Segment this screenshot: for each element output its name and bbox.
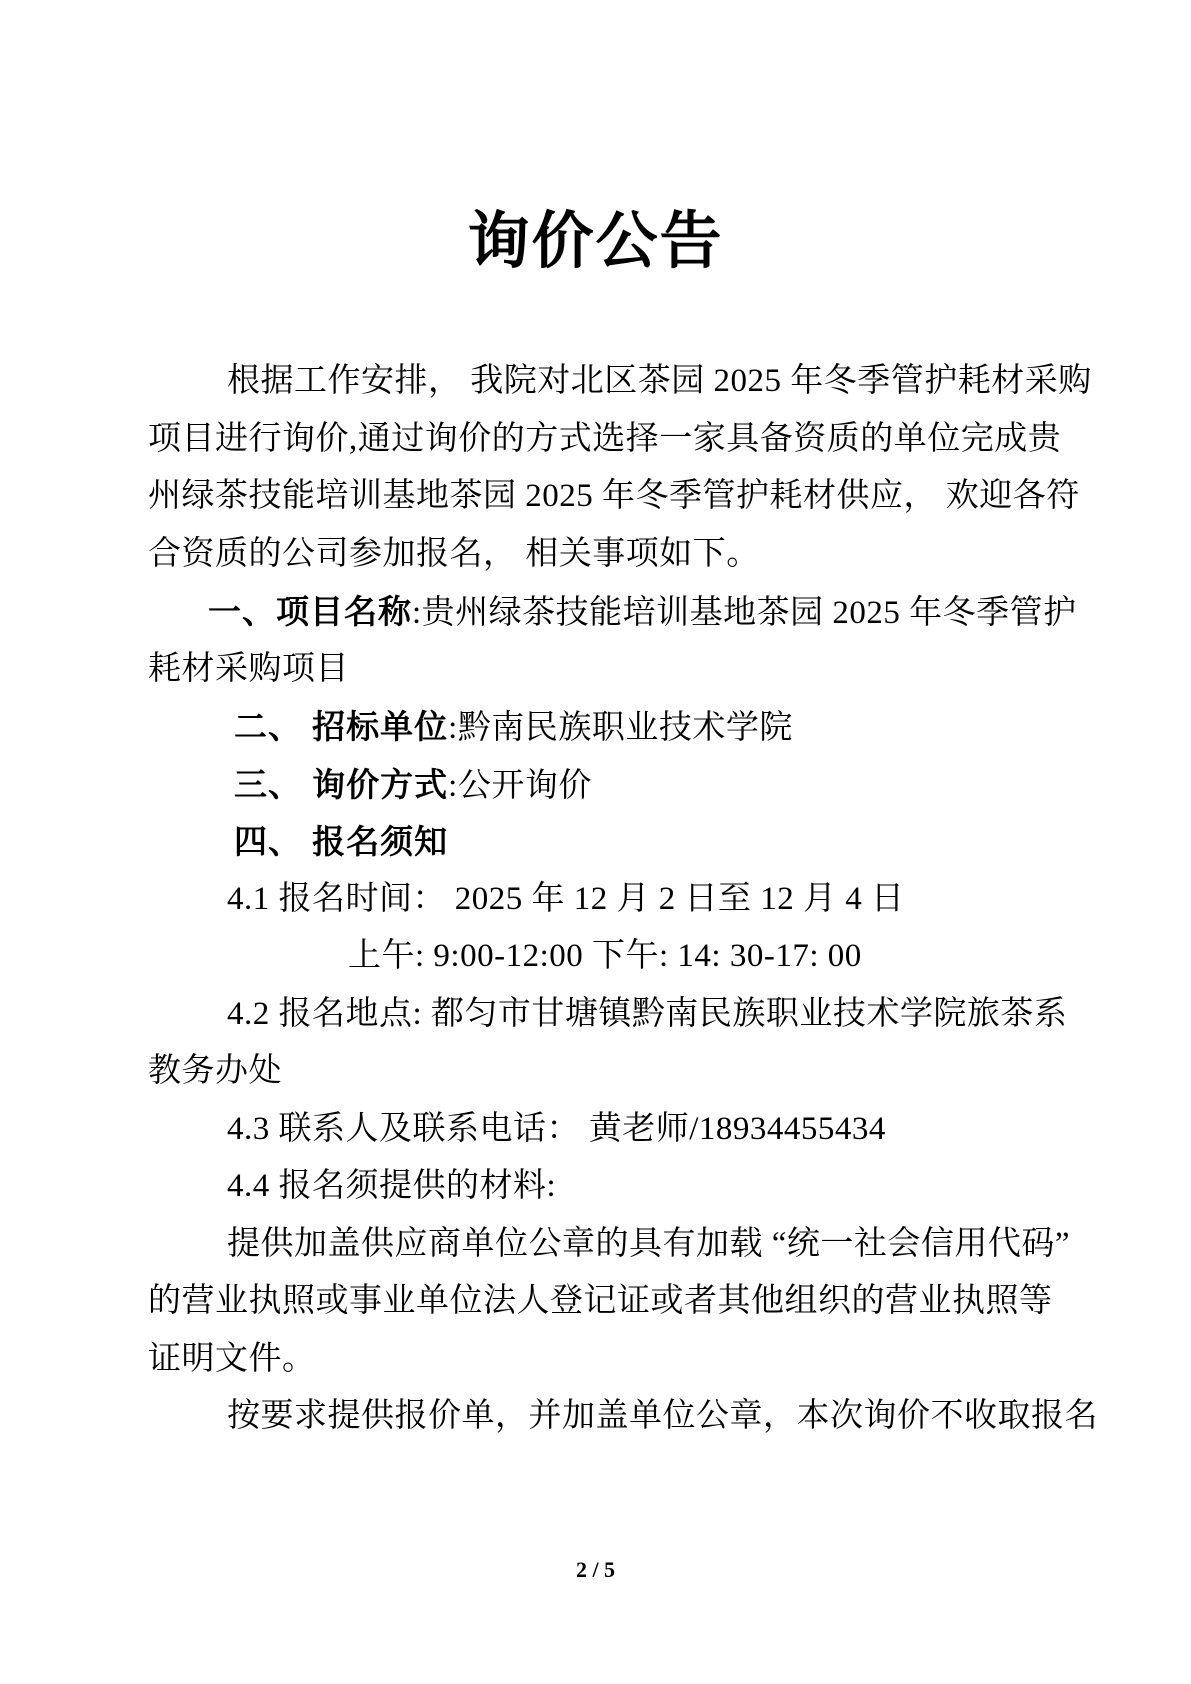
paragraph-line: 证明文件。 [148,1331,1048,1389]
section-line-registration-notes: 四、 报名须知 [148,813,1048,871]
paragraph-line: 4.2 报名地点: 都匀市甘塘镇黔南民族职业技术学院旅茶系 [148,986,1048,1044]
line-text: :公开询价 [448,768,592,804]
section-heading: 一、项目名称 [208,593,412,630]
document-title: 询价公告 [0,196,1191,288]
paragraph-line: 教务办处 [148,1043,1048,1101]
paragraph-line: 州绿茶技能培训基地茶园 2025 年冬季管护耗材供应， 欢迎各符 [148,468,1048,526]
document-page: 询价公告 根据工作安排， 我院对北区茶园 2025 年冬季管护耗材采购 项目进行… [0,0,1191,1684]
paragraph-line: 提供加盖供应商单位公章的具有加载 “统一社会信用代码” [148,1216,1048,1274]
page-number: 2 / 5 [0,1553,1191,1587]
section-heading: 四、 报名须知 [234,823,448,860]
line-text: :黔南民族职业技术学院 [448,710,793,746]
paragraph-line: 4.1 报名时间： 2025 年 12 月 2 日至 12 月 4 日 [148,871,1048,929]
section-heading: 三、 询价方式 [234,766,448,803]
section-line-project-name: 一、项目名称:贵州绿茶技能培训基地茶园 2025 年冬季管护 [148,583,1048,641]
paragraph-line: 耗材采购项目 [148,641,1048,699]
paragraph-line: 上午: 9:00-12:00 下午: 14: 30-17: 00 [148,928,1048,986]
paragraph-line: 按要求提供报价单，并加盖单位公章，本次询价不收取报名 [148,1388,1048,1446]
section-line-tender-unit: 二、 招标单位:黔南民族职业技术学院 [148,698,1048,756]
paragraph-line: 项目进行询价,通过询价的方式选择一家具备资质的单位完成贵 [148,411,1048,469]
paragraph-line: 的营业执照或事业单位法人登记证或者其他组织的营业执照等 [148,1273,1048,1331]
paragraph-line: 4.3 联系人及联系电话： 黄老师/18934455434 [148,1101,1048,1159]
line-text: :贵州绿茶技能培训基地茶园 2025 年冬季管护 [412,595,1077,631]
document-body: 根据工作安排， 我院对北区茶园 2025 年冬季管护耗材采购 项目进行询价,通过… [148,353,1048,1446]
section-heading: 二、 招标单位 [234,708,448,745]
paragraph-line: 合资质的公司参加报名， 相关事项如下。 [148,526,1048,584]
paragraph-line: 根据工作安排， 我院对北区茶园 2025 年冬季管护耗材采购 [148,353,1048,411]
section-line-inquiry-method: 三、 询价方式:公开询价 [148,756,1048,814]
paragraph-line: 4.4 报名须提供的材料: [148,1158,1048,1216]
